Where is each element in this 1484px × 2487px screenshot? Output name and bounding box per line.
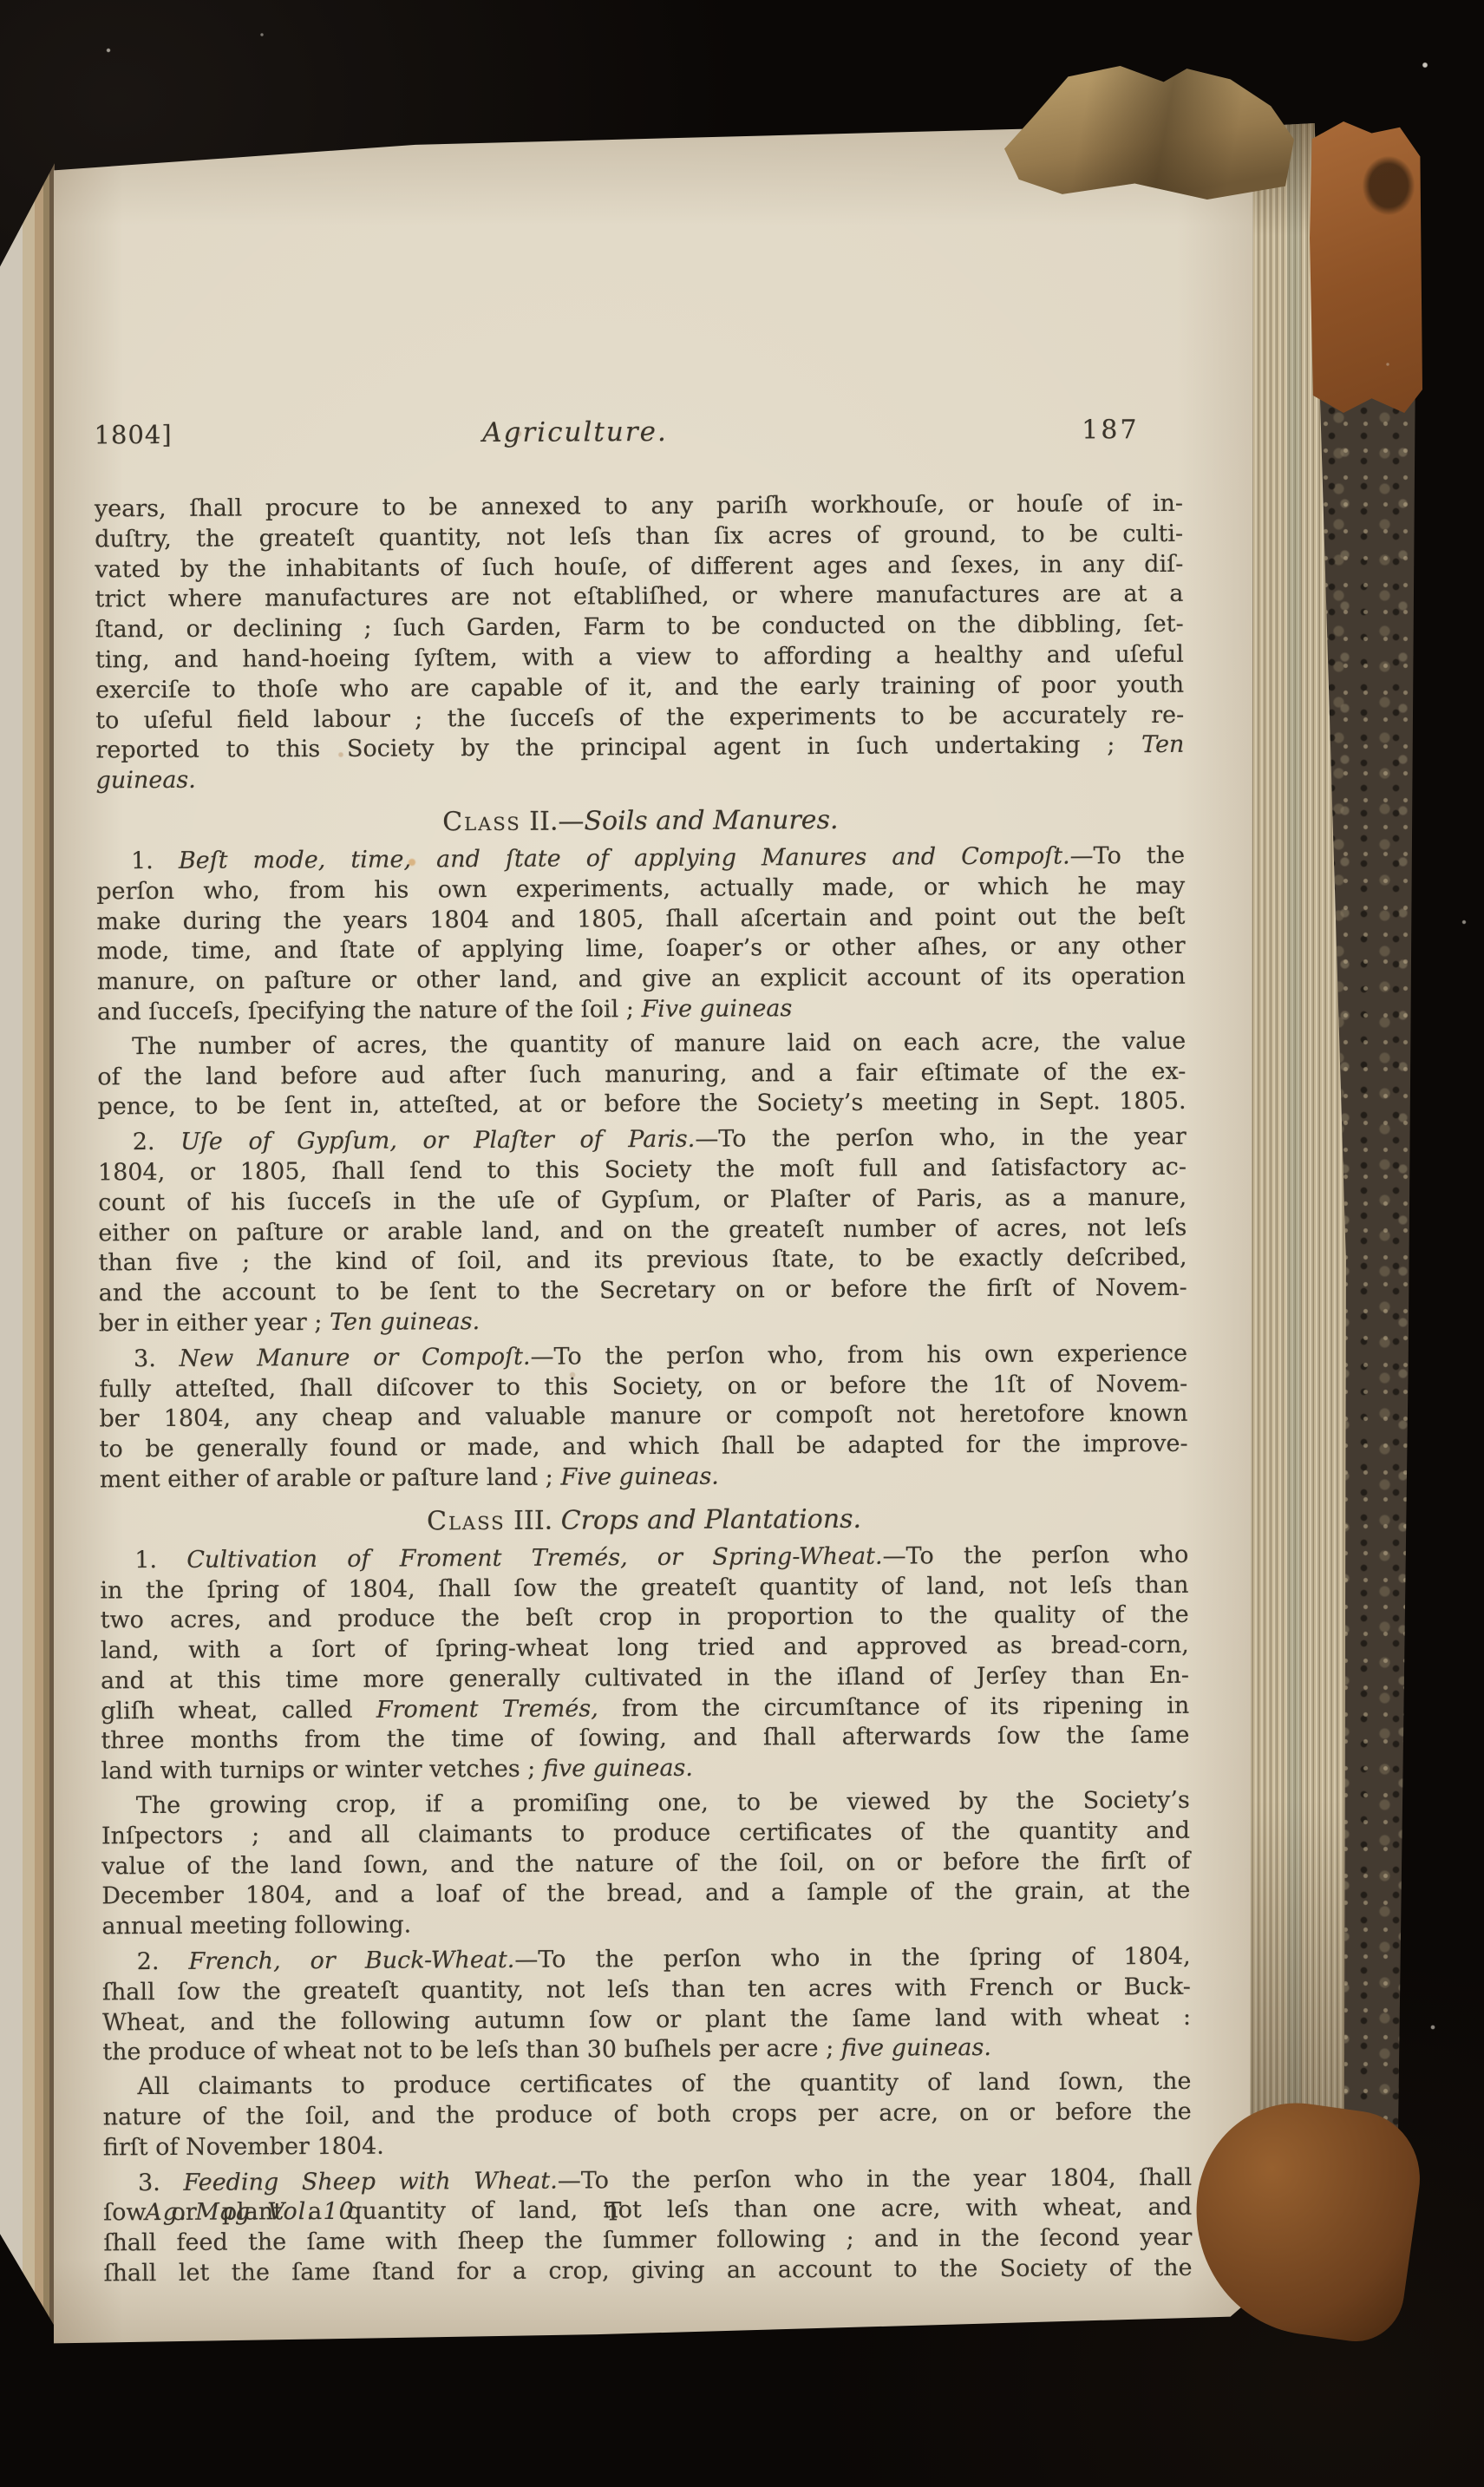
text-line: duſtry, the greateſt quantity, not leſs … bbox=[95, 520, 1183, 555]
signature-mark: T bbox=[605, 2196, 622, 2226]
text-line: the produce of wheat not to be leſs than… bbox=[102, 2032, 1191, 2068]
text-line: three months from the time of ſowing, an… bbox=[101, 1721, 1189, 1757]
item-3-feeding-sheep: 3. Feeding Sheep with Wheat.—To the perſ… bbox=[103, 2163, 1193, 2289]
page-header: 1804] Agriculture. 187 bbox=[94, 414, 1182, 451]
facing-page-edge bbox=[0, 146, 55, 2344]
page-number: 187 bbox=[931, 415, 1182, 447]
text-line: nature of the ſoil, and the produce of b… bbox=[103, 2098, 1192, 2133]
item-1-spring-wheat: 1. Cultivation of Froment Tremés, or Spr… bbox=[100, 1541, 1189, 1788]
manure-details-paragraph: The number of acres, the quantity of man… bbox=[97, 1027, 1187, 1123]
text-line: and ſucceſs, ſpecifying the nature of th… bbox=[97, 992, 1186, 1028]
text-line: perſon who, from his own experiments, ac… bbox=[96, 872, 1185, 907]
page-footer: Ag. Mag. Vol. 10. T bbox=[103, 2194, 1192, 2227]
text-line: ber in either year ; Ten guineas. bbox=[99, 1304, 1187, 1339]
text-line: pence, to be ſent in, atteſted, at or be… bbox=[97, 1087, 1186, 1122]
continued-paragraph: years, ſhall procure to be annexed to an… bbox=[95, 489, 1185, 797]
text-line: to be generally found or made, and which… bbox=[100, 1430, 1188, 1465]
item-3-new-manure: 3. New Manure or Compoſt.—To the perſon … bbox=[99, 1339, 1188, 1496]
volume-footer: Ag. Mag. Vol. 10. bbox=[145, 2198, 363, 2226]
book-page: 1804] Agriculture. 187 years, ſhall proc… bbox=[54, 121, 1259, 2346]
text-line: firſt of November 1804. bbox=[103, 2128, 1192, 2163]
text-line: and the account to be ſent to the Secret… bbox=[99, 1273, 1187, 1309]
item-2-buck-wheat: 2. French, or Buck-Wheat.—To the perſon … bbox=[102, 1942, 1192, 2069]
text-line: manure, on paſture or other land, and gi… bbox=[97, 962, 1186, 998]
text-line: Class III. Crops and Plantations. bbox=[100, 1501, 1188, 1541]
class-iii-heading: Class III. Crops and Plantations. bbox=[100, 1501, 1188, 1541]
text-line: ment either of arable or paſture land ; … bbox=[100, 1460, 1188, 1495]
leather-corner-top bbox=[1310, 121, 1422, 413]
text-line: ſhall let the ſame ſtand for a crop, giv… bbox=[104, 2254, 1193, 2289]
page-title: Agriculture. bbox=[260, 416, 889, 450]
text-line: exerciſe to thoſe who are capable of it,… bbox=[95, 671, 1184, 706]
text-line: guineas. bbox=[96, 761, 1185, 796]
text-line: land with turnips or winter vetches ; fi… bbox=[101, 1751, 1189, 1787]
item-2-gypsum: 2. Uſe of Gypſum, or Plaſter of Paris.—T… bbox=[98, 1122, 1187, 1339]
text-line: December 1804, and a loaf of the bread, … bbox=[101, 1876, 1190, 1912]
claimants-paragraph: All claimants to produce certificates of… bbox=[102, 2067, 1192, 2163]
text-line: Class II.—Soils and Manures. bbox=[96, 802, 1185, 842]
item-1-manures-compost: 1. Beſt mode, time, and ſtate of applyin… bbox=[96, 841, 1186, 1028]
text-line: 3. New Manure or Compoſt.—To the perſon … bbox=[99, 1339, 1187, 1375]
class-ii-heading: Class II.—Soils and Manures. bbox=[96, 802, 1185, 842]
growing-crop-paragraph: The growing crop, if a promiſing one, to… bbox=[101, 1786, 1191, 1943]
text-line: 1. Cultivation of Froment Tremés, or Spr… bbox=[100, 1541, 1188, 1576]
page-body: years, ſhall procure to be annexed to an… bbox=[95, 489, 1193, 2289]
text-line: annual meeting following. bbox=[101, 1907, 1190, 1942]
text-line: Wheat, and the following autumn ſow or p… bbox=[102, 2002, 1191, 2038]
page-text-layer: 1804] Agriculture. 187 years, ſhall proc… bbox=[49, 118, 1266, 2348]
text-line: count of his ſucceſs in the uſe of Gypſu… bbox=[98, 1183, 1187, 1219]
text-line: reported to this Society by the principa… bbox=[95, 730, 1184, 766]
text-line: The number of acres, the quantity of man… bbox=[97, 1027, 1186, 1063]
